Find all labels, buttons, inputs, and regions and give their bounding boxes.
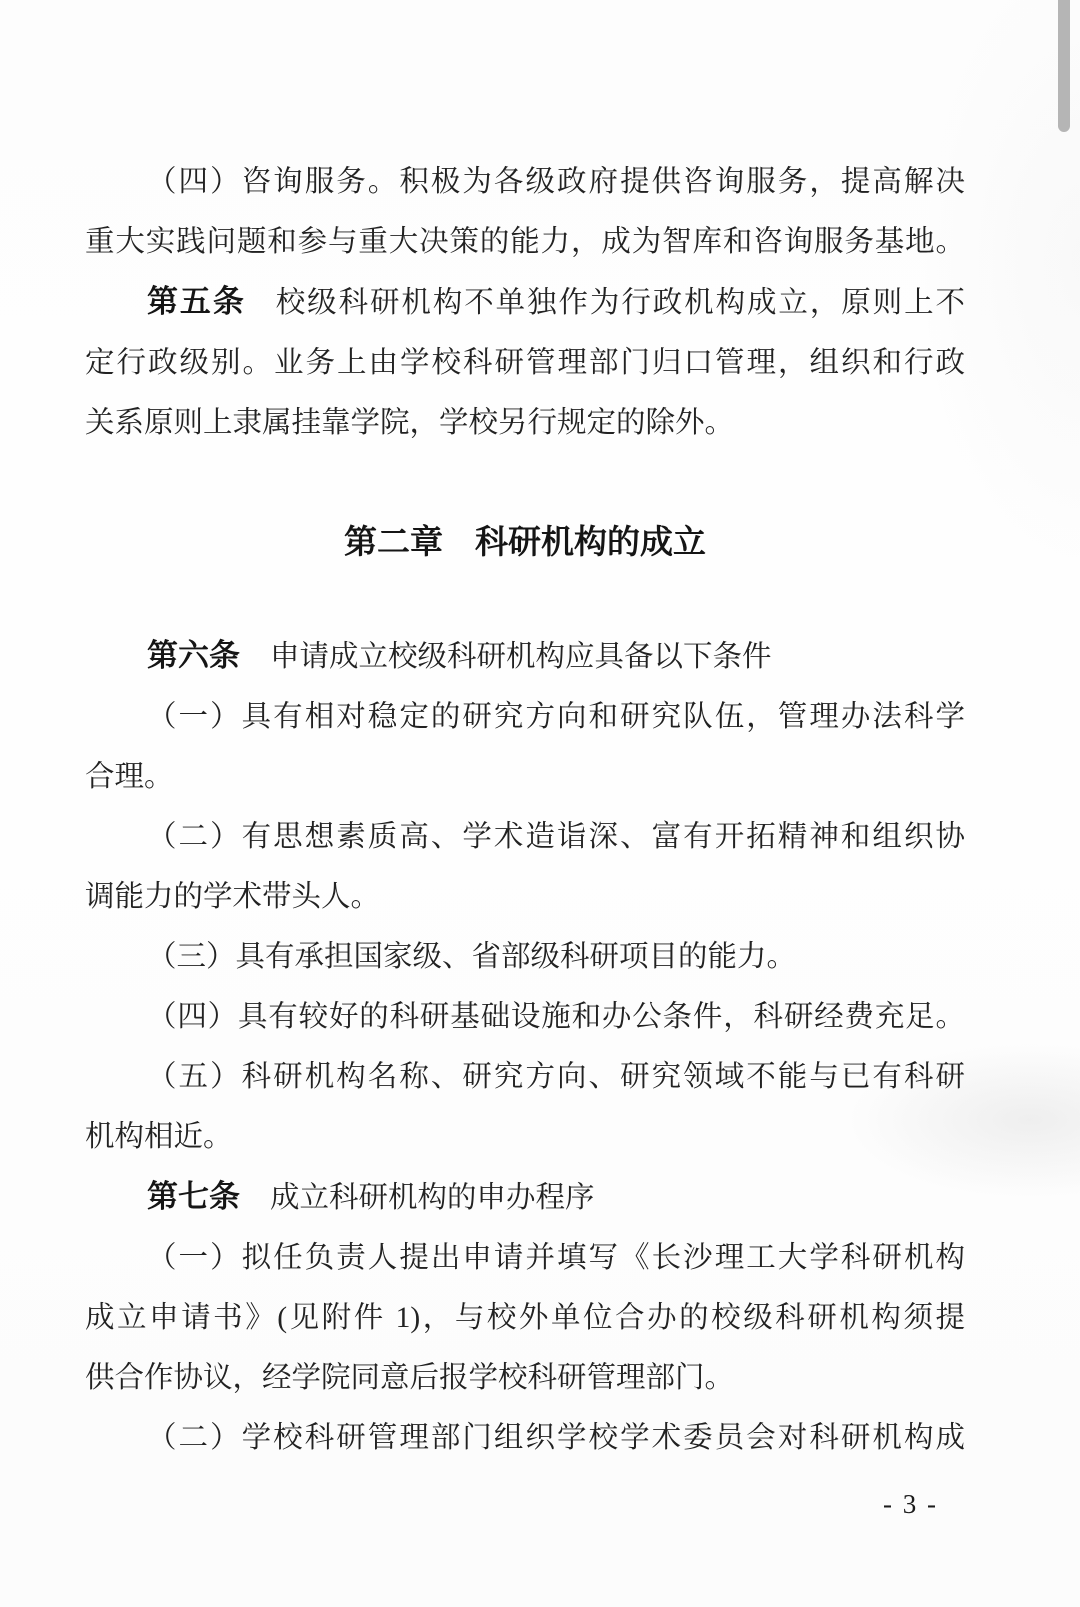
text-line: （一）拟任负责人提出申请并填写《长沙理工大学科研机构 (85, 1228, 965, 1288)
line-text: 调能力的学术带头人。 (85, 881, 380, 913)
text-line: 关系原则上隶属挂靠学院，学校另行规定的除外。 (85, 393, 965, 453)
line-text: （四）具有较好的科研基础设施和办公条件，科研经费充足。 (147, 1001, 965, 1033)
line-text: 定行政级别。业务上由学校科研管理部门归口管理，组织和行政 (85, 347, 965, 379)
line-text: （三）具有承担国家级、省部级科研项目的能力。 (147, 941, 796, 973)
text-line: 调能力的学术带头人。 (85, 867, 965, 927)
line-text: 机构相近。 (85, 1121, 233, 1153)
line-text: （五）科研机构名称、研究方向、研究领域不能与已有科研 (147, 1061, 965, 1093)
article-number: 第七条 (147, 1179, 240, 1214)
scrollbar-thumb[interactable] (1058, 0, 1070, 132)
line-text: （一）具有相对稳定的研究方向和研究队伍，管理办法科学 (147, 701, 965, 733)
text-line: 第六条申请成立校级科研机构应具备以下条件 (85, 626, 965, 687)
document-page: （四）咨询服务。积极为各级政府提供咨询服务，提高解决重大实践问题和参与重大决策的… (0, 0, 1080, 1607)
text-line: （二）学校科研管理部门组织学校学术委员会对科研机构成 (85, 1408, 965, 1468)
text-line: （四）咨询服务。积极为各级政府提供咨询服务，提高解决 (85, 152, 965, 212)
text-line: 重大实践问题和参与重大决策的能力，成为智库和咨询服务基地。 (85, 212, 965, 272)
line-text: 合理。 (85, 761, 174, 793)
text-line: （四）具有较好的科研基础设施和办公条件，科研经费充足。 (85, 987, 965, 1047)
chapter-title: 科研机构的成立 (475, 523, 706, 560)
chapter-number: 第二章 (344, 523, 443, 560)
article-number: 第六条 (147, 638, 240, 673)
document-body: （四）咨询服务。积极为各级政府提供咨询服务，提高解决重大实践问题和参与重大决策的… (85, 152, 965, 1468)
text-line: 第五条校级科研机构不单独作为行政机构成立，原则上不 (85, 272, 965, 333)
text-line: （三）具有承担国家级、省部级科研项目的能力。 (85, 927, 965, 987)
text-line: 第七条成立科研机构的申办程序 (85, 1167, 965, 1228)
line-text: 申请成立校级科研机构应具备以下条件 (270, 641, 772, 673)
page-number: - 3 - (883, 1489, 938, 1520)
line-text: 重大实践问题和参与重大决策的能力，成为智库和咨询服务基地。 (85, 226, 965, 258)
text-line: 成立申请书》(见附件 1)，与校外单位合办的校级科研机构须提 (85, 1288, 965, 1348)
text-line: 机构相近。 (85, 1107, 965, 1167)
article-number: 第五条 (147, 284, 246, 319)
line-text: （四）咨询服务。积极为各级政府提供咨询服务，提高解决 (147, 166, 965, 198)
line-text: 校级科研机构不单独作为行政机构成立，原则上不 (276, 287, 965, 319)
text-line: 定行政级别。业务上由学校科研管理部门归口管理，组织和行政 (85, 333, 965, 393)
text-line: 供合作协议，经学院同意后报学校科研管理部门。 (85, 1348, 965, 1408)
line-text: （二）学校科研管理部门组织学校学术委员会对科研机构成 (147, 1422, 965, 1454)
text-line: 合理。 (85, 747, 965, 807)
text-line: （五）科研机构名称、研究方向、研究领域不能与已有科研 (85, 1047, 965, 1107)
line-text: 关系原则上隶属挂靠学院，学校另行规定的除外。 (85, 407, 734, 439)
line-text: 成立申请书》(见附件 1)，与校外单位合办的校级科研机构须提 (85, 1302, 965, 1334)
chapter-heading: 第二章科研机构的成立 (85, 512, 965, 572)
text-line: （二）有思想素质高、学术造诣深、富有开拓精神和组织协 (85, 807, 965, 867)
line-text: 供合作协议，经学院同意后报学校科研管理部门。 (85, 1362, 734, 1394)
text-line: （一）具有相对稳定的研究方向和研究队伍，管理办法科学 (85, 687, 965, 747)
line-text: 成立科研机构的申办程序 (270, 1182, 595, 1214)
line-text: （二）有思想素质高、学术造诣深、富有开拓精神和组织协 (147, 821, 965, 853)
line-text: （一）拟任负责人提出申请并填写《长沙理工大学科研机构 (147, 1242, 965, 1274)
